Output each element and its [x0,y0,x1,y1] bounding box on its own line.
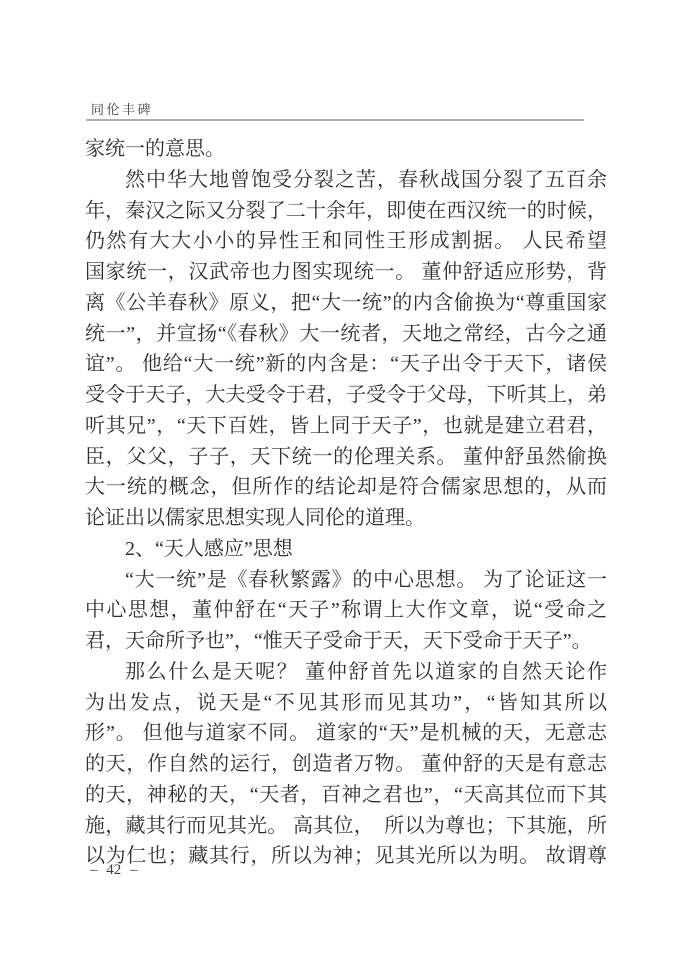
text-line: 仍然有大大小小的异性王和同性王形成割据。 人民希望 [85,226,607,257]
body-text: 家统一的意思。 然中华大地曾饱受分裂之苦，春秋战国分裂了五百余 年，秦汉之际又分… [85,134,607,872]
text-line: 统一”，并宣扬“《春秋》大一统者，天地之常经，古今之通 [85,319,607,350]
text-line: “大一统”是《春秋繁露》的中心思想。 为了论证这一 [85,565,607,596]
text-line: 中心思想，董仲舒在“天子”称谓上大作文章，说“受命之 [85,595,607,626]
section-heading-line: 2、“天人感应”思想 [85,534,607,565]
text-line: 国家统一，汉武帝也力图实现统一。 董仲舒适应形势，背 [85,257,607,288]
page-number: – 42 – [90,862,138,879]
text-line: 谊”。 他给“大一统”新的内含是：“天子出令于天下，诸侯 [85,349,607,380]
book-page: 同伦丰碑 家统一的意思。 然中华大地曾饱受分裂之苦，春秋战国分裂了五百余 年，秦… [0,0,692,968]
text-line: 离《公羊春秋》原义，把“大一统”的内含偷换为“尊重国家 [85,288,607,319]
text-line: 大一统的概念，但所作的结论却是符合儒家思想的，从而 [85,472,607,503]
text-line: 施，藏其行而见其光。 高其位， 所以为尊也；下其施，所 [85,811,607,842]
text-line: 家统一的意思。 [85,134,607,165]
text-line: 以为仁也；藏其行，所以为神；见其光所以为明。 故谓尊而 [85,841,607,872]
text-line: 然中华大地曾饱受分裂之苦，春秋战国分裂了五百余 [85,165,607,196]
text-line: 的天，神秘的天，“天者，百神之君也”，“天高其位而下其 [85,780,607,811]
text-line: 臣，父父，子子，天下统一的伦理关系。 董仲舒虽然偷换了 [85,442,607,473]
text-line: 的天，作自然的运行，创造者万物。 董仲舒的天是有意志 [85,749,607,780]
text-line: 为出发点，说天是“不见其形而见其功”，“皆知其所以 [85,688,607,719]
text-line: 年，秦汉之际又分裂了二十余年，即使在西汉统一的时候， [85,196,607,227]
text-line: 形”。 但他与道家不同。 道家的“天”是机械的天，无意志 [85,718,607,749]
text-line: 君，天命所予也”，“惟天子受命于天，天下受命于天子”。 [85,626,607,657]
text-line: 论证出以儒家思想实现人同伦的道理。 [85,503,607,534]
text-line: 受令于天子，大夫受令于君，子受令于父母，下听其上，弟 [85,380,607,411]
text-line: 听其兄”，“天下百姓，皆上同于天子”，也就是建立君君，臣 [85,411,607,442]
header-rule [86,119,584,121]
running-header-title: 同伦丰碑 [91,99,153,118]
text-line: 那么什么是天呢？ 董仲舒首先以道家的自然天论作 [85,657,607,688]
